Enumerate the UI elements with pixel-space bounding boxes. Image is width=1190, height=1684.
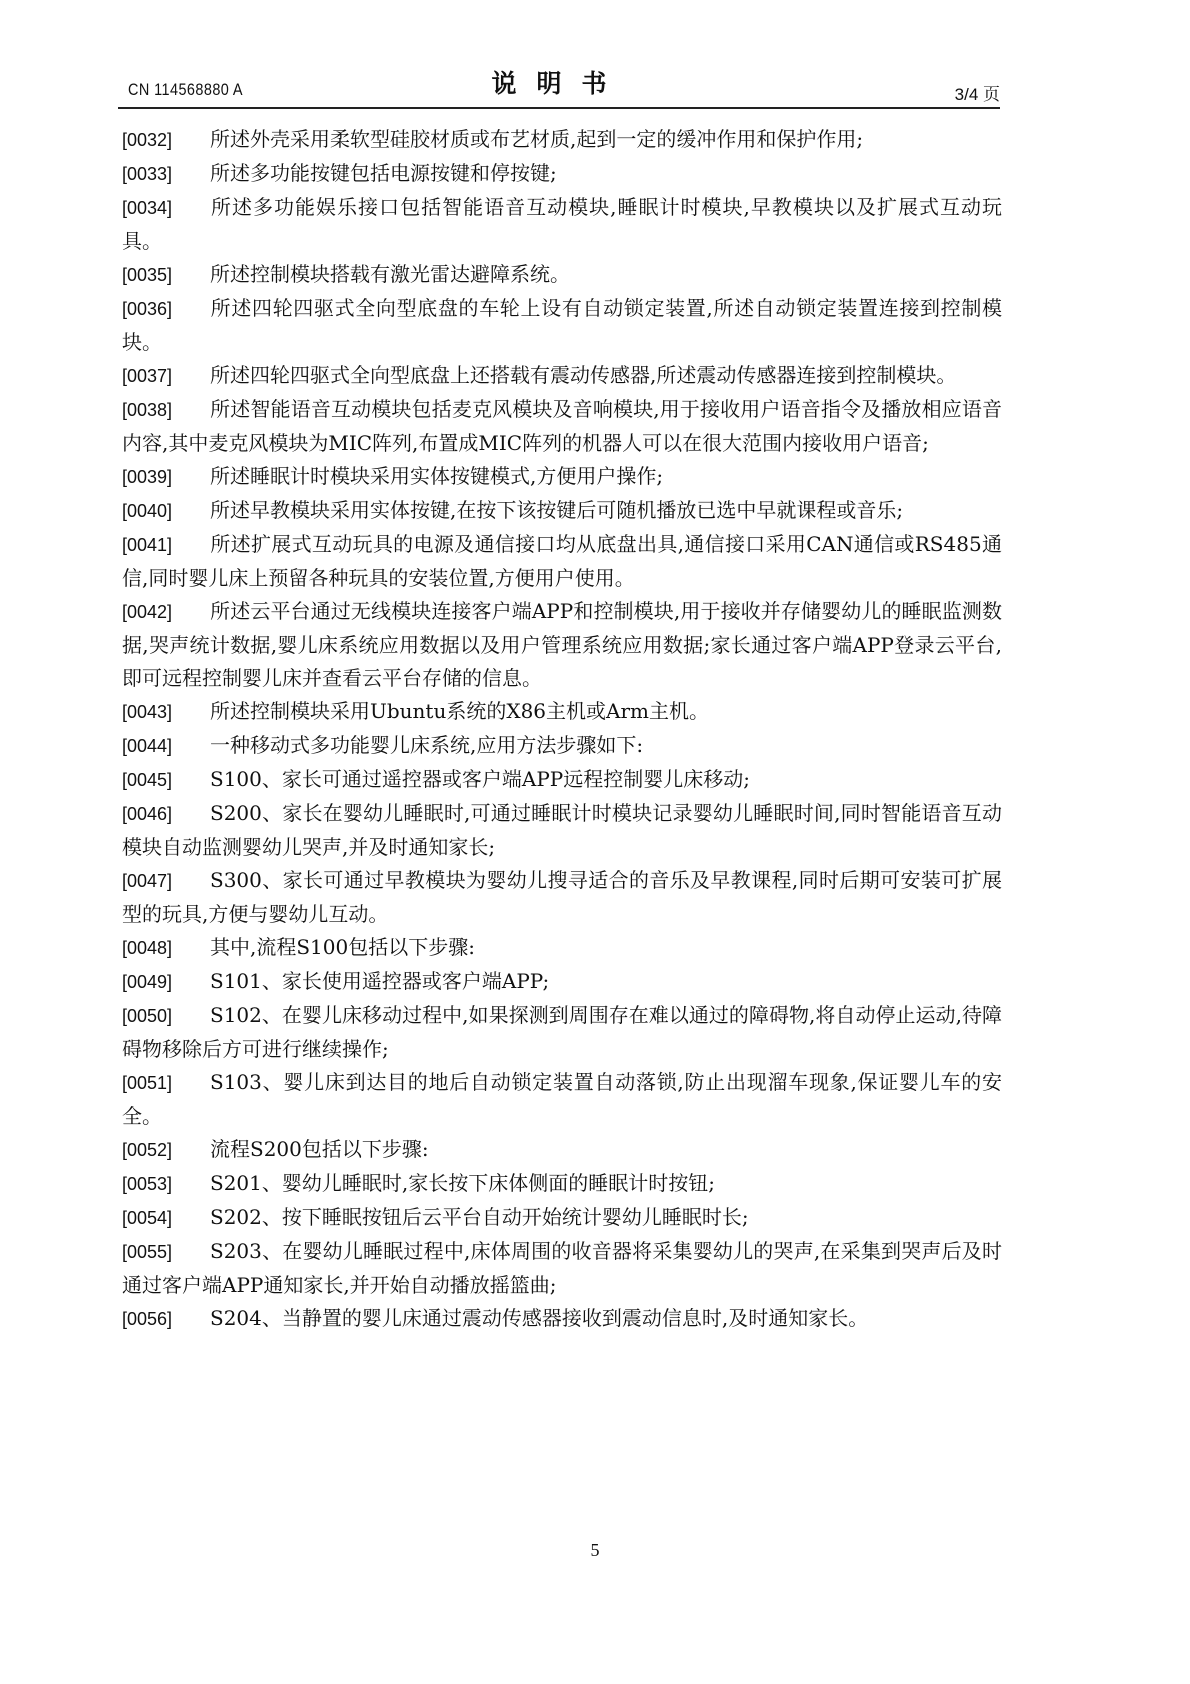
paragraph-0050: [0050]S102、在婴儿床移动过程中,如果探测到周围存在难以通过的障碍物,将… xyxy=(122,999,1002,1066)
paragraph-text: 流程S200包括以下步骤: xyxy=(210,1137,429,1161)
paragraph-text: 一种移动式多功能婴儿床系统,应用方法步骤如下: xyxy=(210,733,643,757)
paragraph-0039: [0039]所述睡眠计时模块采用实体按键模式,方便用户操作; xyxy=(122,460,1002,494)
paragraph-text: 所述睡眠计时模块采用实体按键模式,方便用户操作; xyxy=(210,464,663,488)
paragraph-text: S200、家长在婴幼儿睡眠时,可通过睡眠计时模块记录婴幼儿睡眠时间,同时智能语音… xyxy=(122,801,1002,859)
paragraph-number: [0055] xyxy=(122,1236,210,1269)
paragraph-number: [0043] xyxy=(122,696,210,729)
paragraph-number: [0054] xyxy=(122,1202,210,1235)
paragraph-text: S201、婴幼儿睡眠时,家长按下床体侧面的睡眠计时按钮; xyxy=(210,1171,715,1195)
paragraph-number: [0047] xyxy=(122,865,210,898)
paragraph-text: S203、在婴幼儿睡眠过程中,床体周围的收音器将采集婴幼儿的哭声,在采集到哭声后… xyxy=(122,1239,1002,1297)
paragraph-number: [0056] xyxy=(122,1303,210,1336)
document-title: 说明书 xyxy=(118,64,1000,100)
paragraph-0049: [0049]S101、家长使用遥控器或客户端APP; xyxy=(122,965,1002,999)
paragraph-number: [0034] xyxy=(122,192,210,225)
document-body: [0032]所述外壳采用柔软型硅胶材质或布艺材质,起到一定的缓冲作用和保护作用;… xyxy=(122,123,1002,1336)
page-header: CN 114568880 A 说明书 3/4 页 xyxy=(118,62,1000,108)
paragraph-0054: [0054]S202、按下睡眠按钮后云平台自动开始统计婴幼儿睡眠时长; xyxy=(122,1201,1002,1235)
paragraph-number: [0049] xyxy=(122,966,210,999)
paragraph-0043: [0043]所述控制模块采用Ubuntu系统的X86主机或Arm主机。 xyxy=(122,695,1002,729)
paragraph-number: [0050] xyxy=(122,1000,210,1033)
paragraph-text: S101、家长使用遥控器或客户端APP; xyxy=(210,969,549,993)
paragraph-0038: [0038]所述智能语音互动模块包括麦克风模块及音响模块,用于接收用户语音指令及… xyxy=(122,393,1002,460)
paragraph-0052: [0052]流程S200包括以下步骤: xyxy=(122,1133,1002,1167)
paragraph-text: S103、婴儿床到达目的地后自动锁定装置自动落锁,防止出现溜车现象,保证婴儿车的… xyxy=(122,1070,1002,1128)
paragraph-text: S100、家长可通过遥控器或客户端APP远程控制婴儿床移动; xyxy=(210,767,750,791)
paragraph-number: [0035] xyxy=(122,259,210,292)
paragraph-0056: [0056]S204、当静置的婴儿床通过震动传感器接收到震动信息时,及时通知家长… xyxy=(122,1302,1002,1336)
paragraph-text: 所述智能语音互动模块包括麦克风模块及音响模块,用于接收用户语音指令及播放相应语音… xyxy=(122,397,1002,455)
paragraph-0036: [0036]所述四轮四驱式全向型底盘的车轮上设有自动锁定装置,所述自动锁定装置连… xyxy=(122,292,1002,359)
paragraph-0033: [0033]所述多功能按键包括电源按键和停按键; xyxy=(122,157,1002,191)
paragraph-number: [0045] xyxy=(122,764,210,797)
paragraph-number: [0053] xyxy=(122,1168,210,1201)
paragraph-0034: [0034]所述多功能娱乐接口包括智能语音互动模块,睡眠计时模块,早教模块以及扩… xyxy=(122,191,1002,258)
paragraph-number: [0032] xyxy=(122,124,210,157)
paragraph-0037: [0037]所述四轮四驱式全向型底盘上还搭载有震动传感器,所述震动传感器连接到控… xyxy=(122,359,1002,393)
paragraph-text: 所述扩展式互动玩具的电源及通信接口均从底盘出具,通信接口采用CAN通信或RS48… xyxy=(122,532,1002,590)
paragraph-number: [0044] xyxy=(122,730,210,763)
paragraph-number: [0051] xyxy=(122,1067,210,1100)
paragraph-0042: [0042]所述云平台通过无线模块连接客户端APP和控制模块,用于接收并存储婴幼… xyxy=(122,595,1002,695)
paragraph-number: [0046] xyxy=(122,798,210,831)
paragraph-text: S102、在婴儿床移动过程中,如果探测到周围存在难以通过的障碍物,将自动停止运动… xyxy=(122,1003,1002,1061)
paragraph-text: S204、当静置的婴儿床通过震动传感器接收到震动信息时,及时通知家长。 xyxy=(210,1306,868,1330)
paragraph-0045: [0045]S100、家长可通过遥控器或客户端APP远程控制婴儿床移动; xyxy=(122,763,1002,797)
page-indicator: 3/4 页 xyxy=(955,80,1000,105)
paragraph-0046: [0046]S200、家长在婴幼儿睡眠时,可通过睡眠计时模块记录婴幼儿睡眠时间,… xyxy=(122,797,1002,864)
paragraph-text: 所述控制模块采用Ubuntu系统的X86主机或Arm主机。 xyxy=(210,699,709,723)
paragraph-number: [0036] xyxy=(122,293,210,326)
paragraph-number: [0040] xyxy=(122,495,210,528)
paragraph-number: [0037] xyxy=(122,360,210,393)
paragraph-number: [0041] xyxy=(122,529,210,562)
paragraph-0047: [0047]S300、家长可通过早教模块为婴幼儿搜寻适合的音乐及早教课程,同时后… xyxy=(122,864,1002,931)
paragraph-text: S202、按下睡眠按钮后云平台自动开始统计婴幼儿睡眠时长; xyxy=(210,1205,749,1229)
page-number: 5 xyxy=(0,1540,1190,1561)
paragraph-0048: [0048]其中,流程S100包括以下步骤: xyxy=(122,931,1002,965)
paragraph-0040: [0040]所述早教模块采用实体按键,在按下该按键后可随机播放已选中早就课程或音… xyxy=(122,494,1002,528)
paragraph-number: [0039] xyxy=(122,461,210,494)
paragraph-0055: [0055]S203、在婴幼儿睡眠过程中,床体周围的收音器将采集婴幼儿的哭声,在… xyxy=(122,1235,1002,1302)
paragraph-0053: [0053]S201、婴幼儿睡眠时,家长按下床体侧面的睡眠计时按钮; xyxy=(122,1167,1002,1201)
paragraph-0035: [0035]所述控制模块搭载有激光雷达避障系统。 xyxy=(122,258,1002,292)
paragraph-text: 所述控制模块搭载有激光雷达避障系统。 xyxy=(210,262,570,286)
paragraph-number: [0048] xyxy=(122,932,210,965)
paragraph-text: 所述多功能按键包括电源按键和停按键; xyxy=(210,161,557,185)
header-rule xyxy=(118,107,1000,109)
paragraph-text: 所述云平台通过无线模块连接客户端APP和控制模块,用于接收并存储婴幼儿的睡眠监测… xyxy=(122,599,1002,690)
paragraph-text: 所述四轮四驱式全向型底盘的车轮上设有自动锁定装置,所述自动锁定装置连接到控制模块… xyxy=(122,296,1002,354)
paragraph-number: [0052] xyxy=(122,1134,210,1167)
paragraph-text: 所述多功能娱乐接口包括智能语音互动模块,睡眠计时模块,早教模块以及扩展式互动玩具… xyxy=(122,195,1002,253)
paragraph-0041: [0041]所述扩展式互动玩具的电源及通信接口均从底盘出具,通信接口采用CAN通… xyxy=(122,528,1002,595)
paragraph-0032: [0032]所述外壳采用柔软型硅胶材质或布艺材质,起到一定的缓冲作用和保护作用; xyxy=(122,123,1002,157)
paragraph-text: 所述四轮四驱式全向型底盘上还搭载有震动传感器,所述震动传感器连接到控制模块。 xyxy=(210,363,956,387)
paragraph-text: S300、家长可通过早教模块为婴幼儿搜寻适合的音乐及早教课程,同时后期可安装可扩… xyxy=(122,868,1002,926)
paragraph-text: 所述早教模块采用实体按键,在按下该按键后可随机播放已选中早就课程或音乐; xyxy=(210,498,903,522)
paragraph-0051: [0051]S103、婴儿床到达目的地后自动锁定装置自动落锁,防止出现溜车现象,… xyxy=(122,1066,1002,1133)
paragraph-text: 其中,流程S100包括以下步骤: xyxy=(210,935,475,959)
paragraph-number: [0038] xyxy=(122,394,210,427)
paragraph-0044: [0044]一种移动式多功能婴儿床系统,应用方法步骤如下: xyxy=(122,729,1002,763)
paragraph-number: [0033] xyxy=(122,158,210,191)
paragraph-number: [0042] xyxy=(122,596,210,629)
paragraph-text: 所述外壳采用柔软型硅胶材质或布艺材质,起到一定的缓冲作用和保护作用; xyxy=(210,127,863,151)
